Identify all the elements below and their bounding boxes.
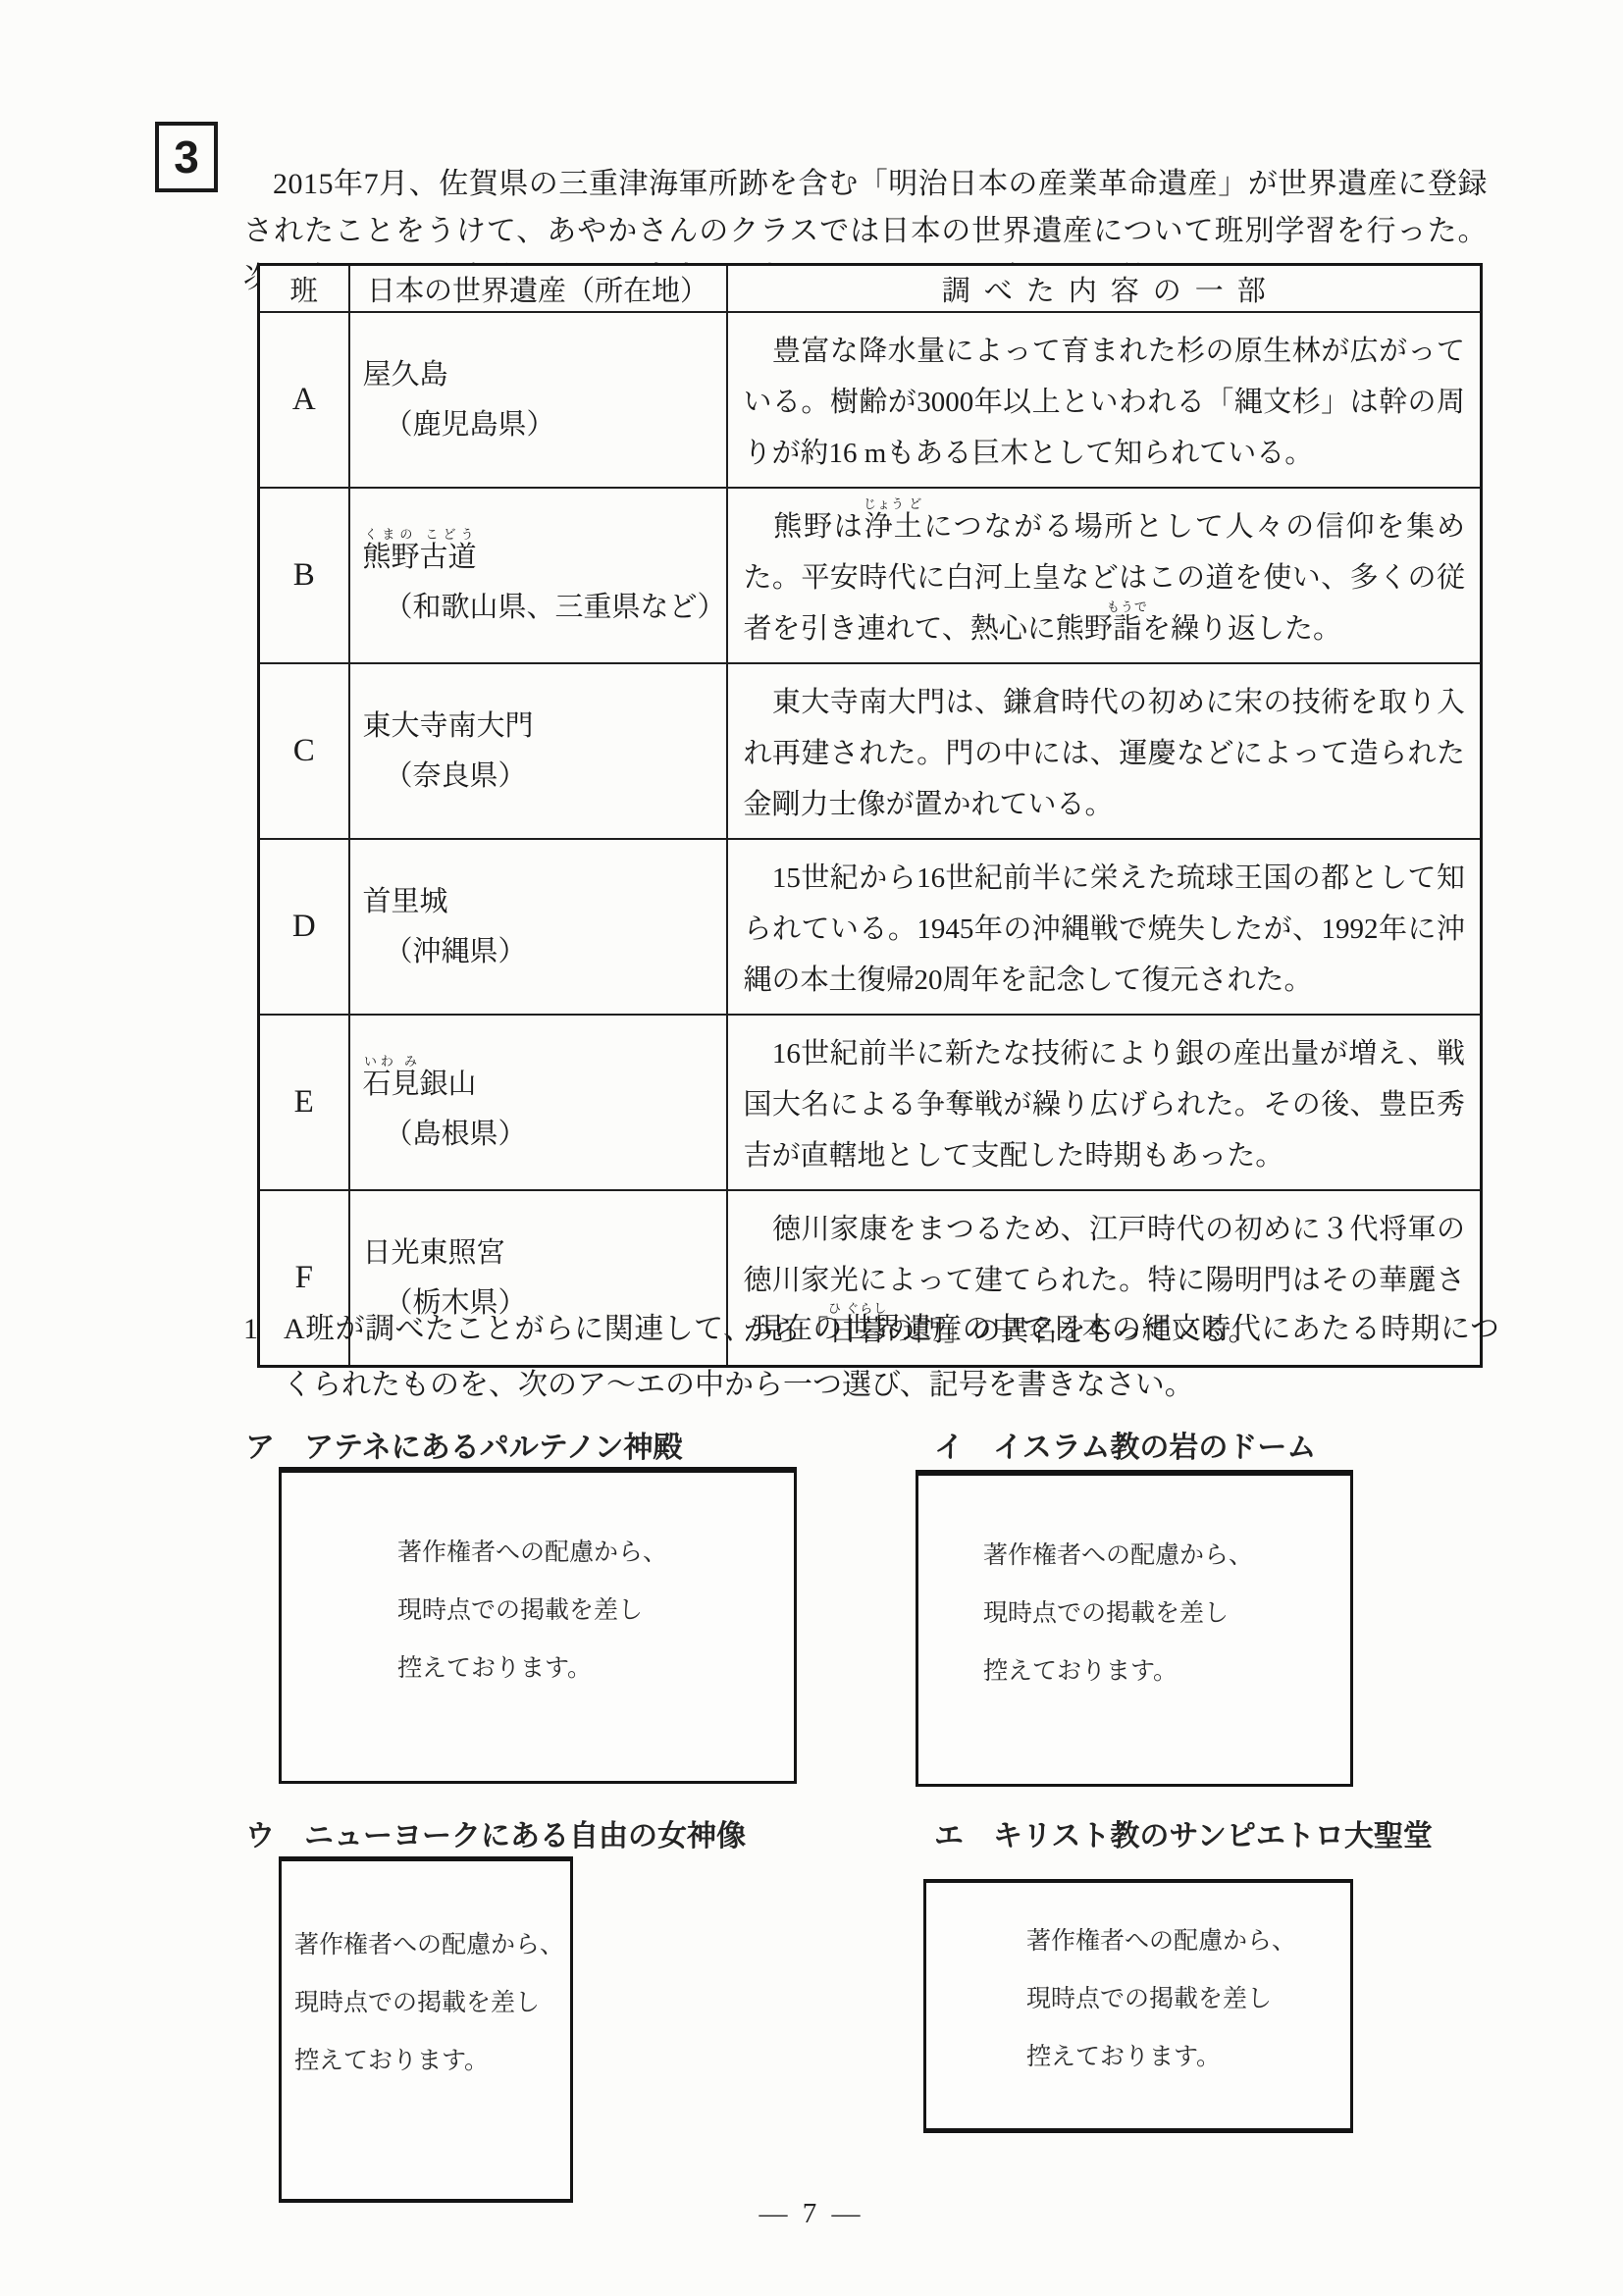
option-c-label: ウニューヨークにある自由の女神像 xyxy=(245,1811,746,1854)
placeholder-line-3: 控えております。 xyxy=(983,1643,1350,1700)
copyright-notice: 著作権者への配慮から、 現時点での掲載を差し 控えております。 xyxy=(983,1527,1350,1700)
content-cell: 熊野は浄土じょう どにつながる場所として人々の信仰を集めた。平安時代に白河上皇な… xyxy=(727,488,1482,663)
exam-page: 3 2015年7月、佐賀県の三重津海軍所跡を含む「明治日本の産業革命遺産」が世界… xyxy=(0,0,1623,2296)
site-name: 熊野古道くまの こどう xyxy=(363,527,726,575)
group-cell: A xyxy=(259,312,349,488)
site-location: （奈良県） xyxy=(385,754,726,794)
option-b-key: イ xyxy=(934,1432,964,1464)
table-row: D 首里城 （沖縄県） 15世紀から16世紀前半に栄えた琉球王国の都として知られ… xyxy=(259,839,1482,1015)
question1-text: A班が調べたことがらに関連して、現在の世界遺産の中で日本の縄文時代にあたる時期に… xyxy=(283,1313,1499,1401)
placeholder-line-1: 著作権者への配慮から、 xyxy=(1026,1912,1350,1970)
placeholder-line-1: 著作権者への配慮から、 xyxy=(294,1916,570,1974)
site-cell: 石見いわ み銀山 （島根県） xyxy=(349,1015,727,1190)
placeholder-line-3: 控えております。 xyxy=(397,1640,794,1697)
site-name: 日光東照宮 xyxy=(363,1235,726,1271)
question-number: 3 xyxy=(174,130,199,183)
placeholder-line-1: 著作権者への配慮から、 xyxy=(983,1527,1350,1585)
content-cell: 豊富な降水量によって育まれた杉の原生林が広がっている。樹齢が3000年以上といわ… xyxy=(727,312,1482,488)
heritage-table: 班 日本の世界遺産（所在地） 調べた内容の一部 A 屋久島 （鹿児島県） 豊富な… xyxy=(257,263,1483,1368)
option-d-key: エ xyxy=(934,1820,964,1852)
col-header-content: 調べた内容の一部 xyxy=(727,265,1482,313)
table-header-row: 班 日本の世界遺産（所在地） 調べた内容の一部 xyxy=(259,265,1482,313)
placeholder-line-1: 著作権者への配慮から、 xyxy=(397,1524,794,1582)
table-row: C 東大寺南大門 （奈良県） 東大寺南大門は、鎌倉時代の初めに宋の技術を取り入れ… xyxy=(259,663,1482,839)
option-d-label: エキリスト教のサンピエトロ大聖堂 xyxy=(934,1811,1433,1854)
option-a-text: アテネにあるパルテノン神殿 xyxy=(304,1432,683,1464)
col-header-site: 日本の世界遺産（所在地） xyxy=(349,265,727,313)
group-cell: E xyxy=(259,1015,349,1190)
group-cell: C xyxy=(259,663,349,839)
site-location: （沖縄県） xyxy=(385,929,726,969)
site-name: 東大寺南大門 xyxy=(363,708,726,744)
site-cell: 首里城 （沖縄県） xyxy=(349,839,727,1015)
image-placeholder-box-c: 著作権者への配慮から、 現時点での掲載を差し 控えております。 xyxy=(279,1856,573,2203)
group-cell: D xyxy=(259,839,349,1015)
site-name: 首里城 xyxy=(363,884,726,919)
col-header-group: 班 xyxy=(259,265,349,313)
site-name: 屋久島 xyxy=(363,357,726,392)
site-cell: 屋久島 （鹿児島県） xyxy=(349,312,727,488)
content-text: 熊野は浄土じょう どにつながる場所として人々の信仰を集めた。平安時代に白河上皇な… xyxy=(728,489,1481,662)
group-cell: B xyxy=(259,488,349,663)
image-placeholder-box-a: 著作権者への配慮から、 現時点での掲載を差し 控えております。 xyxy=(279,1467,797,1784)
table-row: A 屋久島 （鹿児島県） 豊富な降水量によって育まれた杉の原生林が広がっている。… xyxy=(259,312,1482,488)
page-number: — 7 — xyxy=(0,2198,1623,2230)
copyright-notice: 著作権者への配慮から、 現時点での掲載を差し 控えております。 xyxy=(294,1916,570,2090)
option-b-text: イスラム教の岩のドーム xyxy=(993,1432,1316,1464)
site-location: （和歌山県、三重県など） xyxy=(385,585,726,625)
site-cell: 熊野古道くまの こどう （和歌山県、三重県など） xyxy=(349,488,727,663)
site-name: 石見いわ み銀山 xyxy=(363,1054,726,1102)
content-cell: 東大寺南大門は、鎌倉時代の初めに宋の技術を取り入れ再建された。門の中には、運慶な… xyxy=(727,663,1482,839)
image-placeholder-box-d: 著作権者への配慮から、 現時点での掲載を差し 控えております。 xyxy=(923,1879,1353,2133)
content-cell: 15世紀から16世紀前半に栄えた琉球王国の都として知られている。1945年の沖縄… xyxy=(727,839,1482,1015)
placeholder-line-2: 現時点での掲載を差し xyxy=(1026,1970,1350,2028)
question1-number: 1 xyxy=(243,1313,258,1345)
placeholder-line-2: 現時点での掲載を差し xyxy=(397,1582,794,1640)
content-text: 15世紀から16世紀前半に栄えた琉球王国の都として知られている。1945年の沖縄… xyxy=(728,840,1481,1014)
copyright-notice: 著作権者への配慮から、 現時点での掲載を差し 控えております。 xyxy=(397,1524,794,1697)
option-b-label: イイスラム教の岩のドーム xyxy=(934,1423,1316,1466)
table-row: B 熊野古道くまの こどう （和歌山県、三重県など） 熊野は浄土じょう どにつな… xyxy=(259,488,1482,663)
option-c-text: ニューヨークにある自由の女神像 xyxy=(304,1820,746,1852)
placeholder-line-2: 現時点での掲載を差し xyxy=(983,1585,1350,1643)
option-d-text: キリスト教のサンピエトロ大聖堂 xyxy=(993,1820,1433,1852)
image-placeholder-box-b: 著作権者への配慮から、 現時点での掲載を差し 控えております。 xyxy=(916,1470,1353,1787)
question-number-box: 3 xyxy=(155,122,218,192)
placeholder-line-3: 控えております。 xyxy=(1026,2028,1350,2086)
content-text: 16世紀前半に新たな技術により銀の産出量が増え、戦国大名による争奪戦が繰り広げら… xyxy=(728,1016,1481,1189)
option-a-key: ア xyxy=(245,1432,275,1464)
option-a-label: アアテネにあるパルテノン神殿 xyxy=(245,1423,683,1466)
option-c-key: ウ xyxy=(245,1820,275,1852)
placeholder-line-3: 控えております。 xyxy=(294,2032,570,2090)
content-text: 東大寺南大門は、鎌倉時代の初めに宋の技術を取り入れ再建された。門の中には、運慶な… xyxy=(728,664,1481,838)
table-row: E 石見いわ み銀山 （島根県） 16世紀前半に新たな技術により銀の産出量が増え… xyxy=(259,1015,1482,1190)
content-text: 豊富な降水量によって育まれた杉の原生林が広がっている。樹齢が3000年以上といわ… xyxy=(728,313,1481,487)
content-cell: 16世紀前半に新たな技術により銀の産出量が増え、戦国大名による争奪戦が繰り広げら… xyxy=(727,1015,1482,1190)
question1-block: 1A班が調べたことがらに関連して、現在の世界遺産の中で日本の縄文時代にあたる時期… xyxy=(243,1301,1499,1413)
site-location: （島根県） xyxy=(385,1112,726,1152)
placeholder-line-2: 現時点での掲載を差し xyxy=(294,1974,570,2032)
copyright-notice: 著作権者への配慮から、 現時点での掲載を差し 控えております。 xyxy=(1026,1912,1350,2086)
site-location: （鹿児島県） xyxy=(385,402,726,443)
site-cell: 東大寺南大門 （奈良県） xyxy=(349,663,727,839)
